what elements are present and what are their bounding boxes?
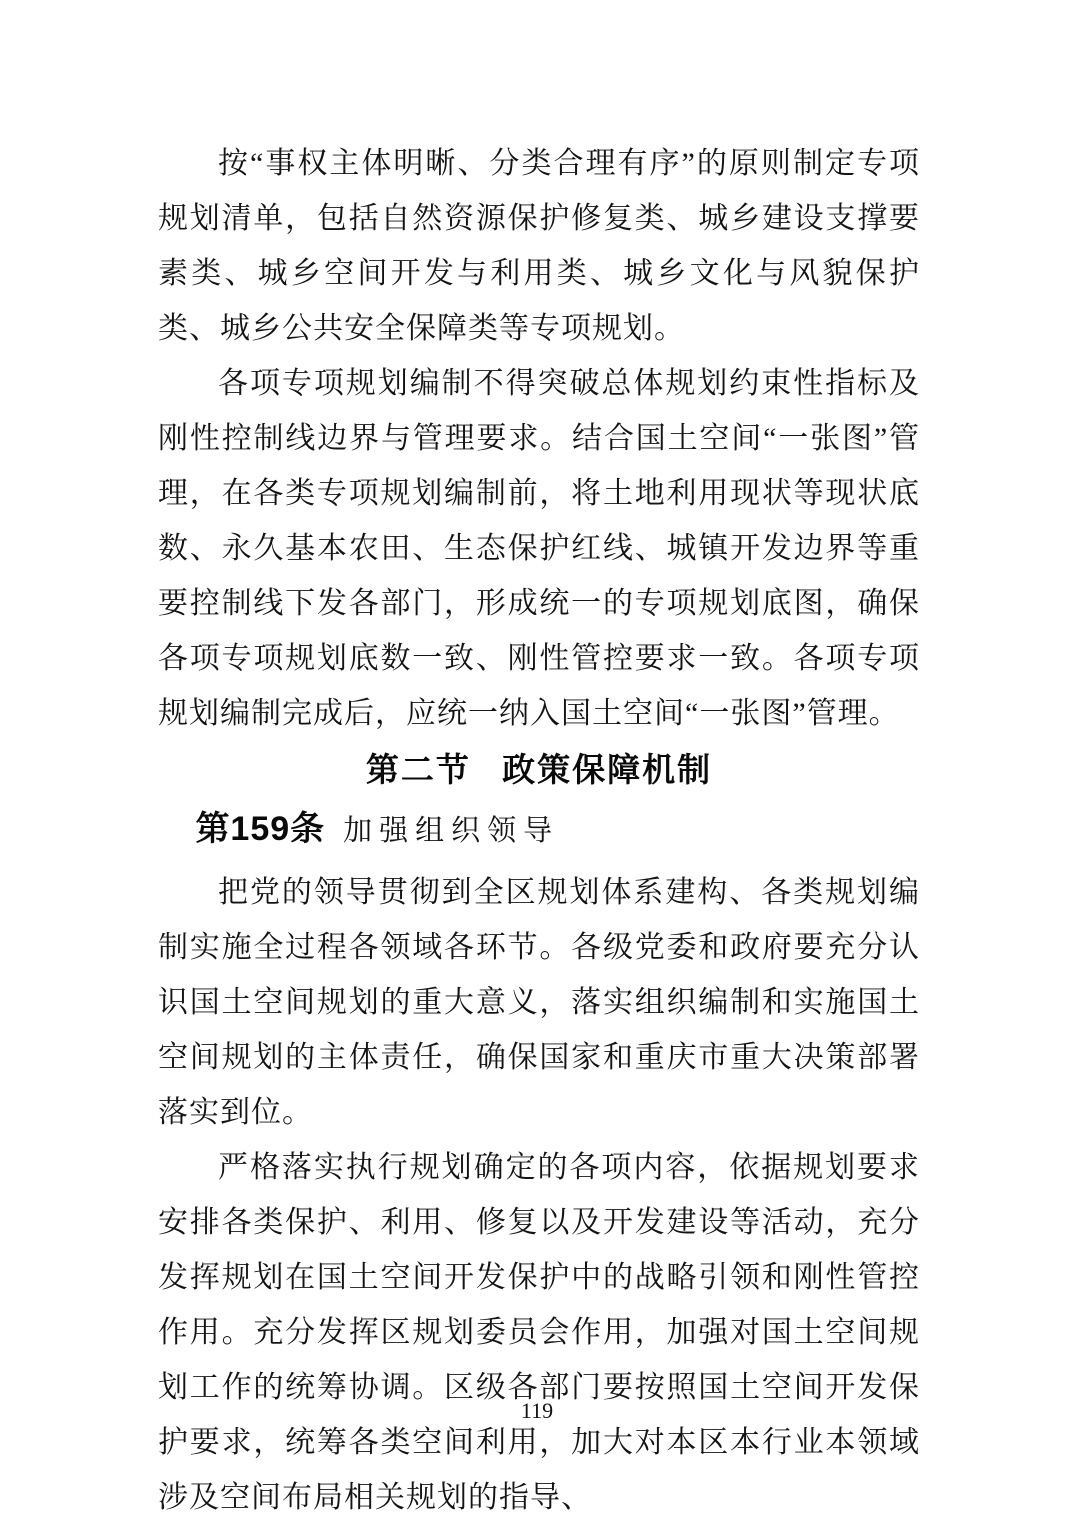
article-number: 第159条 xyxy=(195,810,325,848)
page-number: 119 xyxy=(0,1398,1074,1424)
body-paragraph: 严格落实执行规划确定的各项内容，依据规划要求安排各类保护、利用、修复以及开发建设… xyxy=(158,1140,920,1520)
body-paragraph: 按“事权主体明晰、分类合理有序”的原则制定专项规划清单，包括自然资源保护修复类、… xyxy=(158,136,920,356)
body-paragraph: 各项专项规划编制不得突破总体规划约束性指标及刚性控制线边界与管理要求。结合国土空… xyxy=(158,356,920,741)
document-page: 按“事权主体明晰、分类合理有序”的原则制定专项规划清单，包括自然资源保护修复类、… xyxy=(0,0,1074,1520)
article-title: 加强组织领导 xyxy=(343,815,559,847)
section-number: 第二节 xyxy=(366,751,471,788)
section-title: 政策保障机制 xyxy=(502,751,712,788)
body-paragraph: 把党的领导贯彻到全区规划体系建构、各类规划编制实施全过程各领域各环节。各级党委和… xyxy=(158,865,920,1140)
article-heading: 第159条加强组织领导 xyxy=(158,799,920,865)
section-heading: 第二节政策保障机制 xyxy=(158,741,920,799)
